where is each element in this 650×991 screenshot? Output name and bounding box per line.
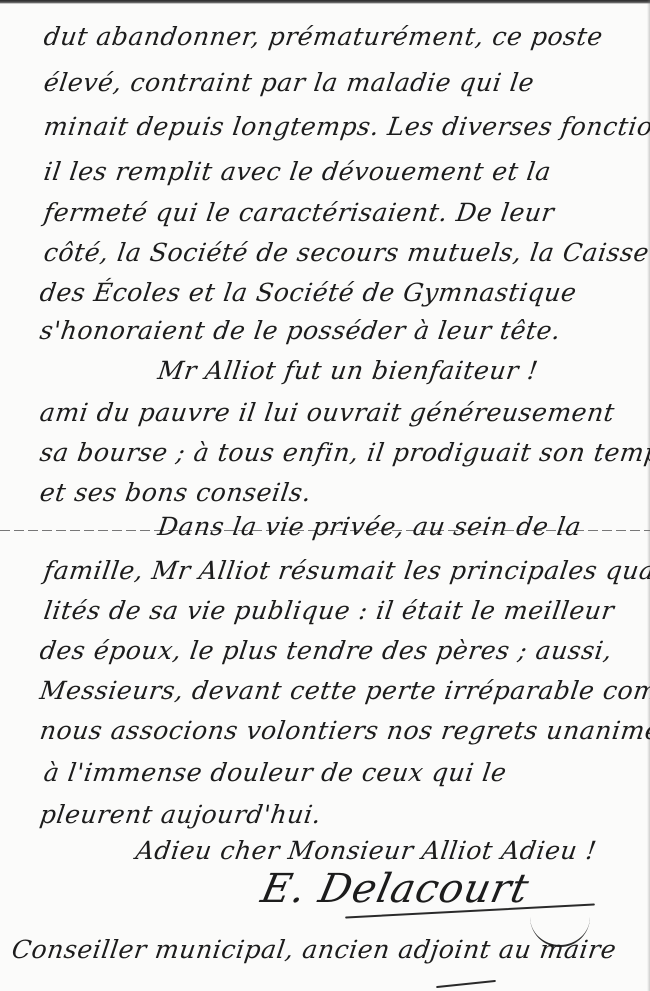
text-line-11: sa bourse ; à tous enfin, il prodiguait … — [38, 438, 650, 468]
text-line-4: il les remplit avec le dévouement et la — [42, 157, 553, 187]
text-line-5: fermeté qui le caractérisaient. De leur — [42, 198, 556, 228]
text-line-21: Adieu cher Monsieur Alliot Adieu ! — [134, 836, 599, 866]
scan-edge-top — [0, 0, 650, 4]
title-flourish — [436, 980, 496, 988]
text-line-13: Dans la vie privée, au sein de la — [156, 512, 583, 542]
manuscript-page: dut abandonner, prématurément, ce poste … — [0, 0, 650, 991]
text-line-20: pleurent aujourd'hui. — [38, 800, 323, 830]
text-line-14: famille, Mr Alliot résumait les principa… — [42, 556, 650, 586]
text-line-2: élevé, contraint par la maladie qui le — [42, 68, 536, 98]
text-line-8: s'honoraient de le posséder à leur tête. — [38, 316, 563, 346]
text-line-1: dut abandonner, prématurément, ce poste — [42, 22, 605, 52]
text-line-10: ami du pauvre il lui ouvrait généreuseme… — [38, 398, 617, 428]
text-line-12: et ses bons conseils. — [38, 478, 313, 508]
text-line-9: Mr Alliot fut un bienfaiteur ! — [156, 356, 540, 386]
text-line-15: lités de sa vie publique : il était le m… — [42, 596, 616, 626]
text-line-18: nous associons volontiers nos regrets un… — [38, 716, 650, 746]
text-line-19: à l'immense douleur de ceux qui le — [42, 758, 509, 788]
text-line-17: Messieurs, devant cette perte irréparabl… — [38, 676, 650, 706]
signatory-title: Conseiller municipal, ancien adjoint au … — [10, 935, 618, 965]
text-line-7: des Écoles et la Société de Gymnastique — [38, 278, 579, 308]
signature: E. Delacourt — [257, 866, 533, 912]
text-line-16: des époux, le plus tendre des pères ; au… — [38, 636, 614, 666]
text-line-6: côté, la Société de secours mutuels, la … — [42, 238, 650, 268]
text-line-3: minait depuis longtemps. Les diverses fo… — [42, 112, 650, 142]
